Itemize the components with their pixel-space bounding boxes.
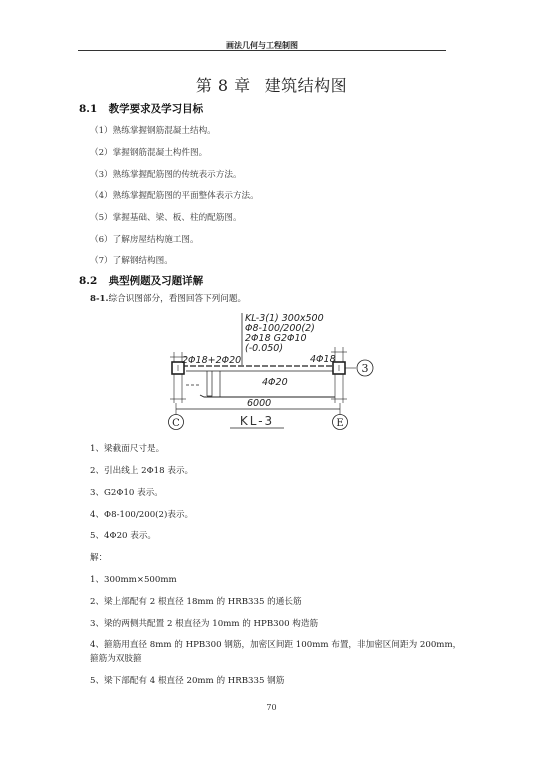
- question-item: 3、G2Φ10 表示。: [90, 486, 163, 498]
- goal-item: （3）熟练掌握配筋图的传统表示方法。: [90, 168, 242, 180]
- solution-label: 解：: [90, 551, 107, 563]
- axis-label-3: 3: [362, 362, 369, 375]
- chapter-title: 第 8 章建筑结构图: [0, 73, 543, 96]
- top-left-rebar-label: 2Φ18+2Φ20: [182, 355, 241, 366]
- problem-id: 8-1.: [90, 294, 109, 304]
- beam-kl3-diagram: KL-3(1) 300x500 Φ8-100/200(2) 2Φ18 G2Φ10…: [160, 305, 390, 430]
- axis-label-c: C: [172, 418, 180, 429]
- answer-item: 1、300mm×500mm: [90, 573, 177, 585]
- beam-label: KL-3: [240, 414, 274, 428]
- section-title: 典型例题及习题详解: [109, 275, 204, 287]
- axis-label-e: E: [336, 418, 343, 429]
- header-rule: [78, 50, 446, 51]
- problem-text: 综合识图部分，看图回答下列问题。: [109, 294, 247, 304]
- answer-item: 5、梁下部配有 4 根直径 20mm 的 HRB335 钢筋: [90, 674, 284, 686]
- question-item: 5、4Φ20 表示。: [90, 529, 156, 541]
- section-number: 8.2: [79, 275, 105, 287]
- goal-item: （5）掌握基础、梁、板、柱的配筋图。: [90, 211, 242, 223]
- answer-item: 3、梁的两侧共配置 2 根直径为 10mm 的 HPB300 构造筋: [90, 617, 318, 629]
- section-number: 8.1: [79, 103, 105, 115]
- page-number: 70: [0, 703, 543, 712]
- goal-item: （1）熟练掌握钢筋混凝土结构。: [90, 124, 216, 136]
- section-heading-8-1: 8.1 教学要求及学习目标: [79, 101, 203, 116]
- goal-item: （6）了解房屋结构施工图。: [90, 233, 199, 245]
- annotation-line: (-0.050): [245, 343, 283, 354]
- answer-item: 4、箍筋用直径 8mm 的 HPB300 钢筋，加密区间距 100mm 布置，非…: [90, 638, 461, 650]
- bottom-rebar-label: 4Φ20: [262, 377, 288, 388]
- answer-item: 2、梁上部配有 2 根直径 18mm 的 HRB335 的通长筋: [90, 595, 302, 607]
- answer-item-continuation: 箍筋为双肢箍: [90, 652, 142, 664]
- section-heading-8-2: 8.2 典型例题及习题详解: [79, 273, 203, 288]
- goal-item: （4）熟练掌握配筋图的平面整体表示方法。: [90, 189, 259, 201]
- chapter-number: 第 8 章: [196, 76, 251, 95]
- goal-item: （2）掌握钢筋混凝土构件图。: [90, 146, 207, 158]
- section-title: 教学要求及学习目标: [109, 103, 204, 115]
- problem-intro: 8-1.综合识图部分，看图回答下列问题。: [90, 292, 246, 304]
- question-item: 4、Φ8-100/200(2)表示。: [90, 508, 193, 520]
- question-item: 1、梁截面尺寸是。: [90, 442, 164, 454]
- question-item: 2、引出线上 2Φ18 表示。: [90, 464, 193, 476]
- goal-item: （7）了解钢结构图。: [90, 254, 173, 266]
- span-dimension: 6000: [247, 398, 271, 409]
- top-right-rebar-label: 4Φ18: [310, 354, 336, 365]
- chapter-name: 建筑结构图: [265, 76, 348, 95]
